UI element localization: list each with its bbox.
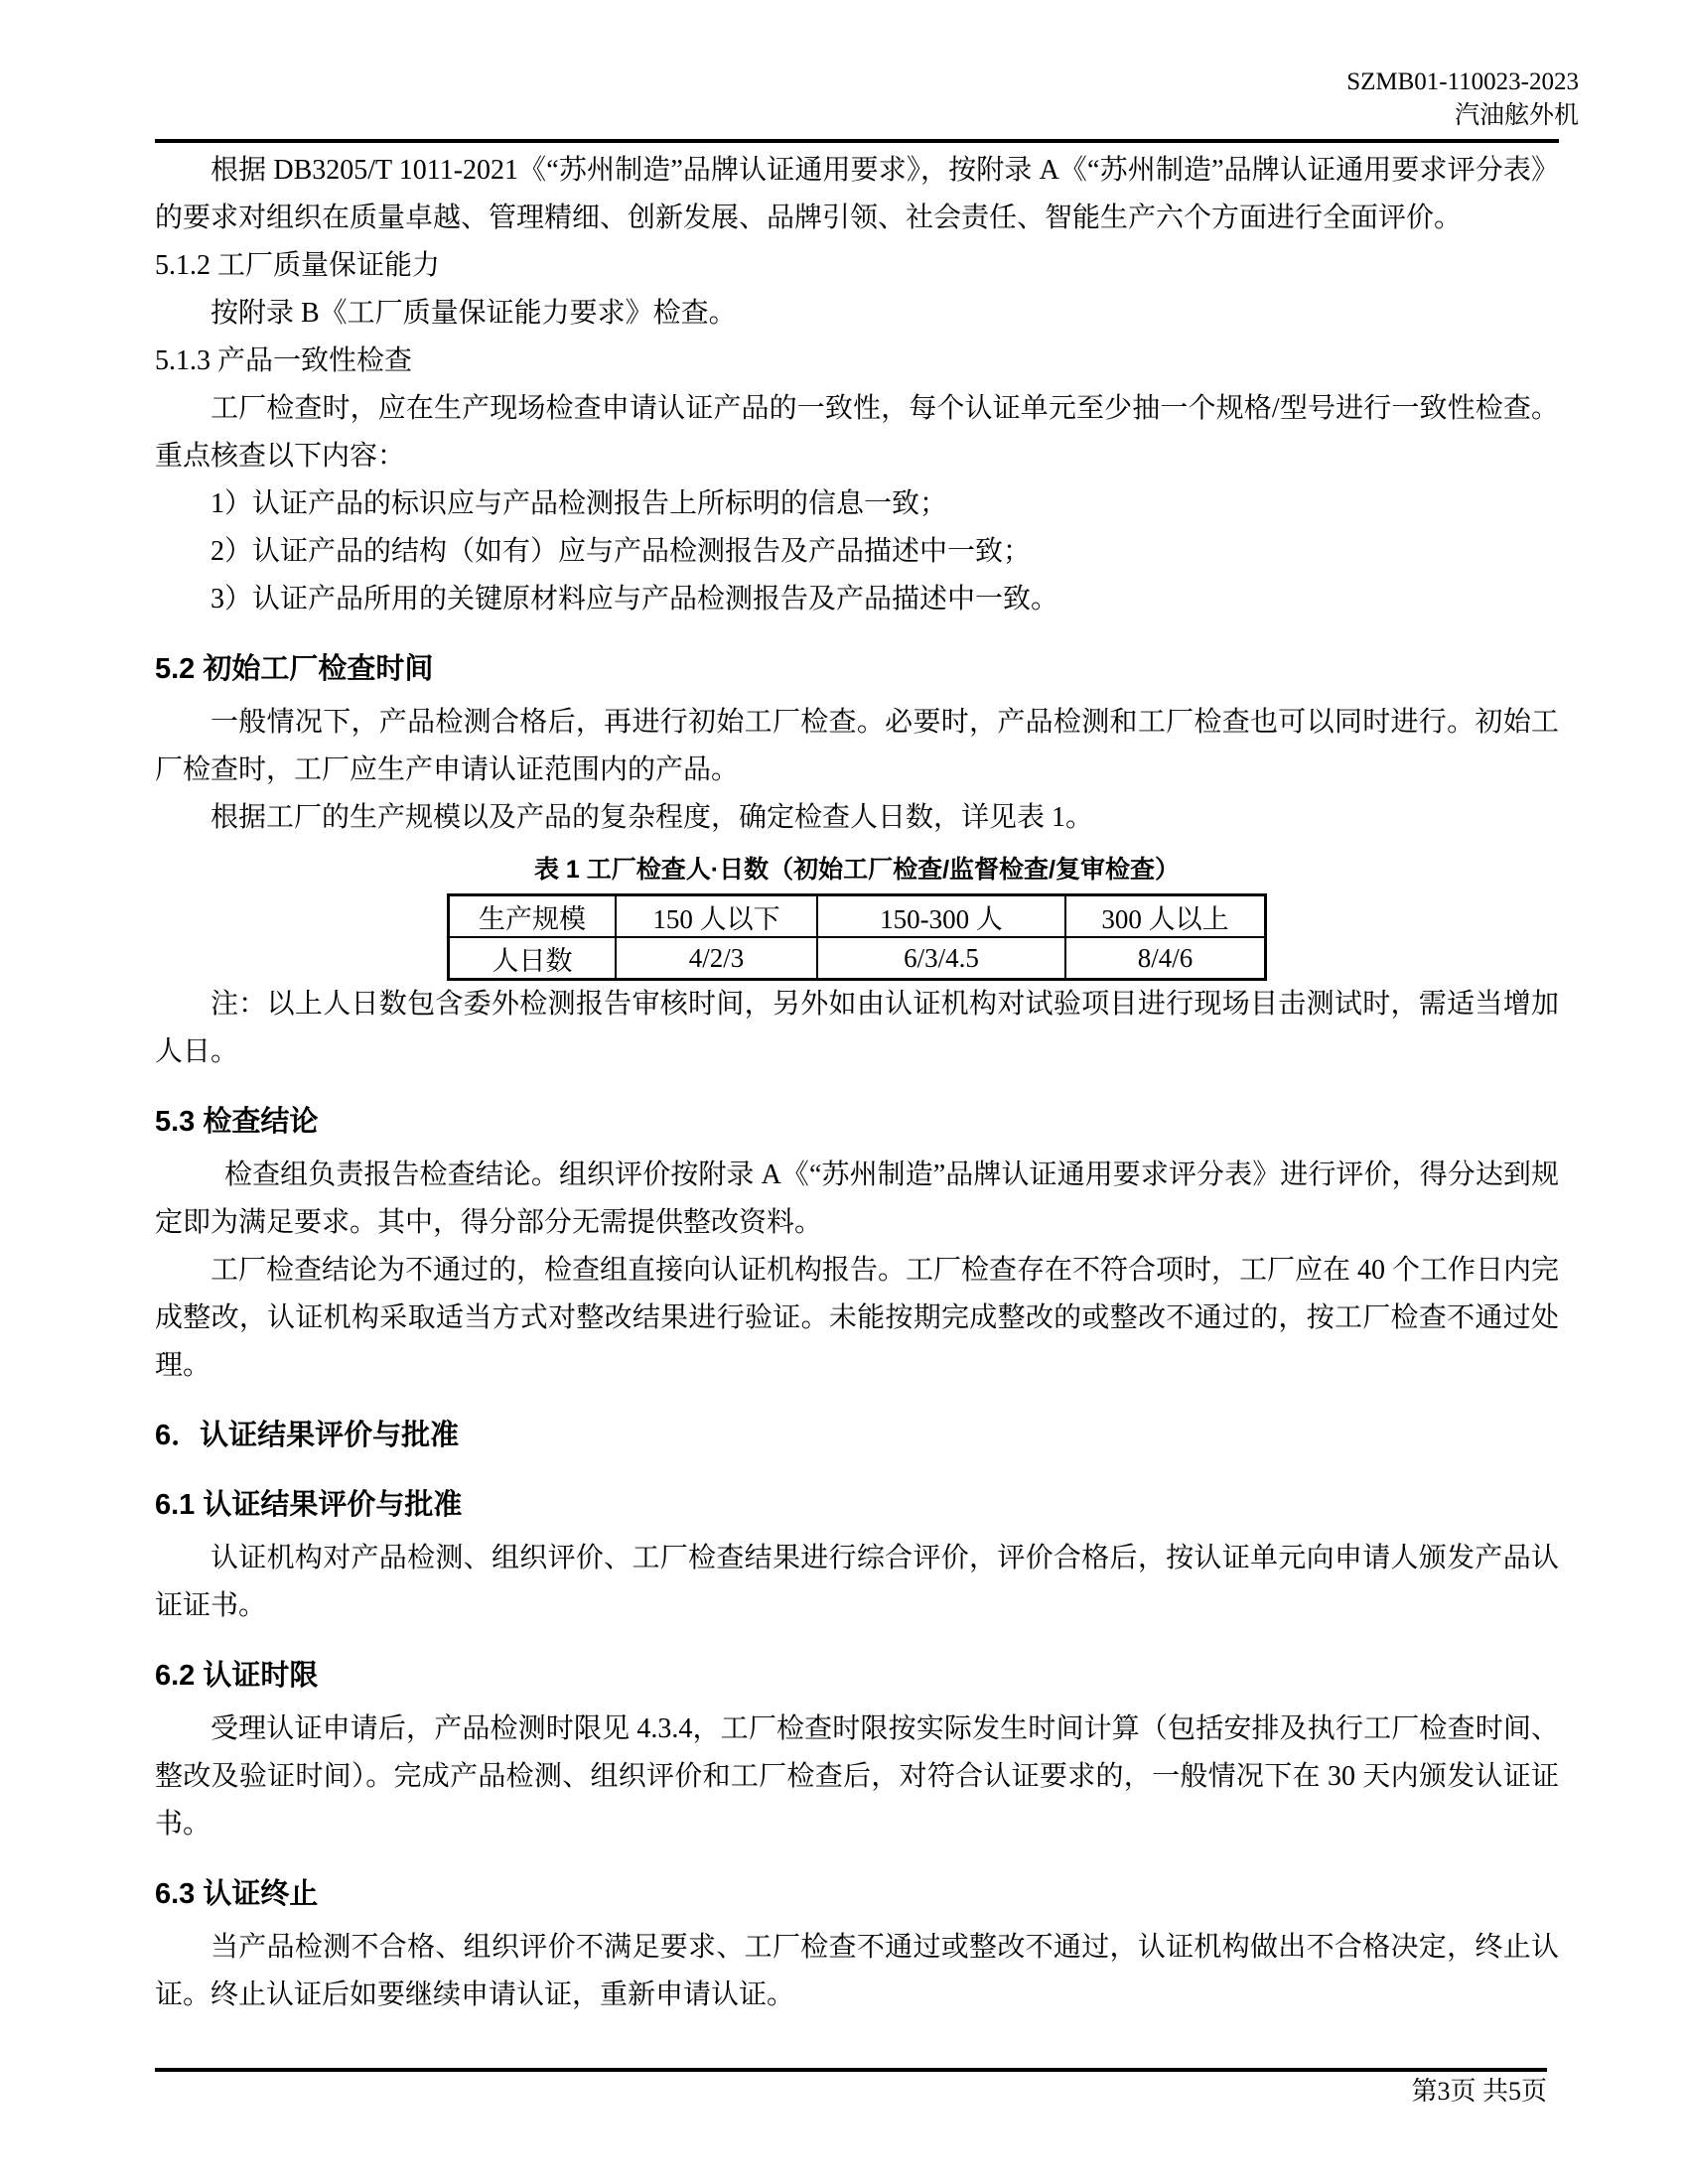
paragraph-intro: 根据 DB3205/T 1011-2021《“苏州制造”品牌认证通用要求》，按附… — [155, 147, 1559, 242]
section-heading-6-3: 6.3 认证终止 — [155, 1870, 1559, 1918]
table-cell-mandays-3: 8/4/6 — [1065, 937, 1266, 980]
paragraph-5-2-b: 根据工厂的生产规模以及产品的复杂程度，确定检查人日数，详见表 1。 — [155, 794, 1559, 842]
table-cell-mandays-1: 4/2/3 — [616, 937, 817, 980]
list-item-3: 3）认证产品所用的关键原材料应与产品检测报告及产品描述中一致。 — [155, 576, 1559, 623]
section-heading-5-2: 5.2 初始工厂检查时间 — [155, 645, 1559, 693]
conformity-check-list: 1）认证产品的标识应与产品检测报告上所标明的信息一致； 2）认证产品的结构（如有… — [155, 480, 1559, 623]
table-row-scale: 生产规模 150 人以下 150-300 人 300 人以上 — [449, 895, 1266, 938]
list-item-1: 1）认证产品的标识应与产品检测报告上所标明的信息一致； — [155, 480, 1559, 528]
paragraph-6-3: 当产品检测不合格、组织评价不满足要求、工厂检查不通过或整改不通过，认证机构做出不… — [155, 1924, 1559, 2019]
footer-rule — [155, 2068, 1547, 2072]
table-cell-scale-3: 300 人以上 — [1065, 895, 1266, 938]
table-cell-scale-label: 生产规模 — [449, 895, 617, 938]
section-heading-5-1-3: 5.1.3 产品一致性检查 — [155, 338, 1559, 385]
section-heading-6-2: 6.2 认证时限 — [155, 1652, 1559, 1700]
table-cell-scale-1: 150 人以下 — [616, 895, 817, 938]
table-cell-mandays-2: 6/3/4.5 — [817, 937, 1065, 980]
paragraph-5-2-a: 一般情况下，产品检测合格后，再进行初始工厂检查。必要时，产品检测和工厂检查也可以… — [155, 699, 1559, 794]
paragraph-5-1-3: 工厂检查时，应在生产现场检查申请认证产品的一致性，每个认证单元至少抽一个规格/型… — [155, 385, 1559, 480]
table-row-mandays: 人日数 4/2/3 6/3/4.5 8/4/6 — [449, 937, 1266, 980]
list-item-2: 2）认证产品的结构（如有）应与产品检测报告及产品描述中一致； — [155, 528, 1559, 576]
table-note: 注：以上人日数包含委外检测报告审核时间，另外如由认证机构对试验项目进行现场目击测… — [155, 981, 1559, 1076]
paragraph-5-1-2: 按附录 B《工厂质量保证能力要求》检查。 — [155, 290, 1559, 338]
paragraph-5-3-b: 工厂检查结论为不通过的，检查组直接向认证机构报告。工厂检查存在不符合项时，工厂应… — [155, 1247, 1559, 1390]
section-heading-5-1-2: 5.1.2 工厂质量保证能力 — [155, 242, 1559, 290]
document-body: 根据 DB3205/T 1011-2021《“苏州制造”品牌认证通用要求》，按附… — [155, 147, 1559, 2019]
table-1-caption: 表 1 工厂检查人·日数（初始工厂检查/监督检查/复审检查） — [155, 848, 1559, 891]
page-header: SZMB01-110023-2023 汽油舷外机 — [155, 66, 1579, 133]
table-cell-scale-2: 150-300 人 — [817, 895, 1065, 938]
section-heading-5-3: 5.3 检查结论 — [155, 1098, 1559, 1146]
table-1-inspection-man-days: 生产规模 150 人以下 150-300 人 300 人以上 人日数 4/2/3… — [447, 893, 1267, 981]
doc-number: SZMB01-110023-2023 — [155, 66, 1579, 99]
page-number: 第3页 共5页 — [155, 2076, 1547, 2108]
document-page: SZMB01-110023-2023 汽油舷外机 根据 DB3205/T 101… — [0, 0, 1688, 2184]
header-rule — [155, 139, 1559, 143]
paragraph-6-2: 受理认证申请后，产品检测时限见 4.3.4，工厂检查时限按实际发生时间计算（包括… — [155, 1706, 1559, 1848]
section-heading-6-1: 6.1 认证结果评价与批准 — [155, 1481, 1559, 1529]
doc-title: 汽油舷外机 — [155, 99, 1579, 133]
paragraph-6-1: 认证机构对产品检测、组织评价、工厂检查结果进行综合评价，评价合格后，按认证单元向… — [155, 1535, 1559, 1630]
paragraph-5-3-a: 检查组负责报告检查结论。组织评价按附录 A《“苏州制造”品牌认证通用要求评分表》… — [155, 1152, 1559, 1247]
table-cell-mandays-label: 人日数 — [449, 937, 617, 980]
section-heading-6: 6．认证结果评价与批准 — [155, 1412, 1559, 1459]
